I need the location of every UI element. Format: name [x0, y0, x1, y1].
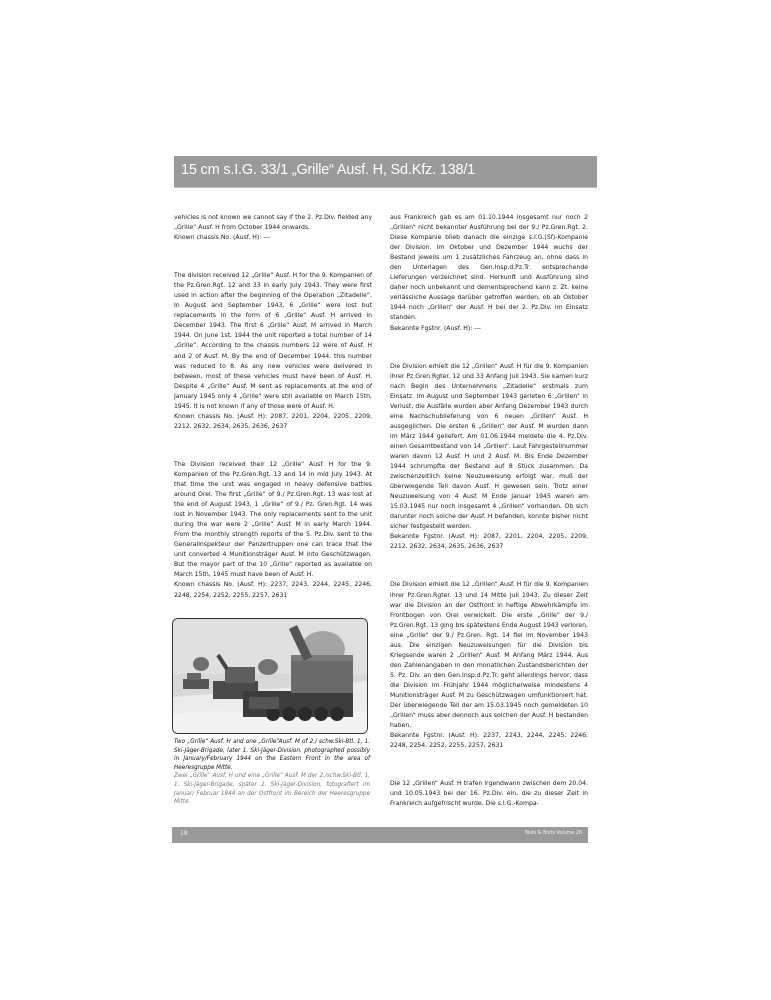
- paragraph-4pzdiv: The division received 12 „Grille“ Ausf. …: [174, 271, 372, 432]
- caption-english: Two „Grille“ Ausf. H and one „Grille“Aus…: [174, 738, 370, 772]
- right-text-column: aus Frankreich gab es am 01.10.1944 insg…: [390, 213, 588, 809]
- chapter-title: 15 cm s.I.G. 33/1 „Grille“ Ausf. H, Sd.K…: [181, 162, 475, 178]
- tank-photo-illustration: [173, 619, 367, 733]
- left-text-column: vehicles is not known we cannot say if t…: [174, 213, 372, 601]
- caption-german: Zwei „Grille“ Ausf. H und eine „Grille“ …: [174, 772, 370, 806]
- page-number: 18: [180, 830, 188, 837]
- photo-caption: Two „Grille“ Ausf. H and one „Grille“Aus…: [174, 738, 370, 807]
- paragraph-de-5pzdiv: Die Division erhielt die 12 „Grillen“ Au…: [390, 580, 588, 751]
- paragraph-de-4pzdiv: Die Division erhielt die 12 „Grillen“ Au…: [390, 362, 588, 553]
- series-title: Nuts & Bolts Volume 26: [525, 831, 582, 836]
- paragraph-de-2pzdiv-end: aus Frankreich gab es am 01.10.1944 insg…: [390, 213, 588, 334]
- paragraph-5pzdiv: The Division received their 12 „Grille“ …: [174, 460, 372, 601]
- chapter-header-bar: 15 cm s.I.G. 33/1 „Grille“ Ausf. H, Sd.K…: [174, 156, 597, 188]
- photo-grille-vehicles: [172, 618, 368, 734]
- paragraph-2pzdiv-end: vehicles is not known we cannot say if t…: [174, 213, 372, 243]
- page-footer-bar: 18 Nuts & Bolts Volume 26: [172, 827, 588, 843]
- paragraph-de-16pzdiv: Die 12 „Grillen“ Ausf. H trafen irgendwa…: [390, 779, 588, 809]
